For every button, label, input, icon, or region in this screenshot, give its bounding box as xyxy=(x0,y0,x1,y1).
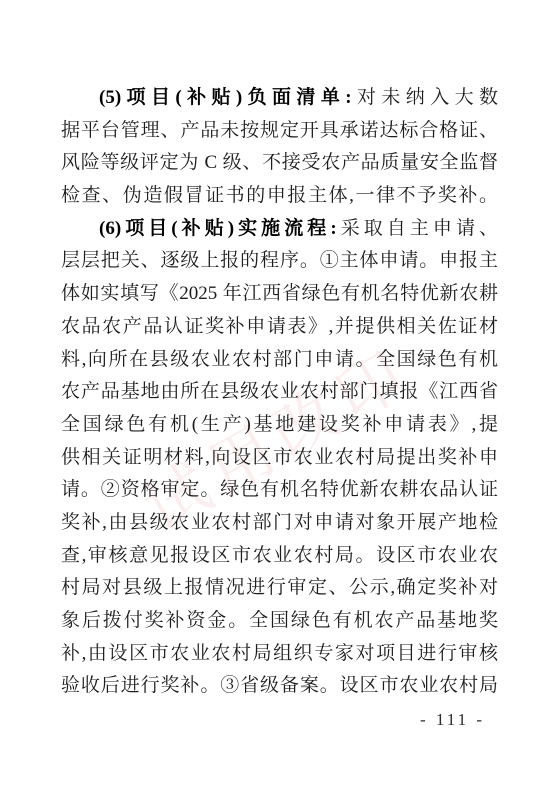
text-line: 农产品基地由所在县级农业农村部门填报《江西省 xyxy=(61,376,498,409)
text-line: 农品农产品认证奖补申请表》,并提供相关佐证材 xyxy=(61,311,498,344)
line-heading: (6)项目(补贴)实施流程: xyxy=(99,218,337,239)
text-line: 风险等级评定为 C 级、不接受农产品质量安全监督 xyxy=(61,147,498,180)
page-number: - 111 - xyxy=(420,710,485,730)
text-line: 奖补,由县级农业农村部门对申请对象开展产地检 xyxy=(61,507,498,540)
text-line: 检查、伪造假冒证书的申报主体,一律不予奖补。 xyxy=(61,180,498,213)
text-line: 象后拨付奖补资金。全国绿色有机农产品基地奖 xyxy=(61,605,498,638)
text-line: 据平台管理、产品未按规定开具承诺达标合格证、 xyxy=(61,115,498,148)
text-line: (6)项目(补贴)实施流程:采取自主申请、 xyxy=(61,213,498,246)
document-body: (5)项目(补贴)负面清单:对未纳入大数据平台管理、产品未按规定开具承诺达标合格… xyxy=(61,82,498,703)
document-page: 试用改印 (5)项目(补贴)负面清单:对未纳入大数据平台管理、产品未按规定开具承… xyxy=(0,0,559,793)
text-line: 层层把关、逐级上报的程序。①主体申请。申报主 xyxy=(61,245,498,278)
text-line: (5)项目(补贴)负面清单:对未纳入大数 xyxy=(61,82,498,115)
text-line: 补,由设区市农业农村局组织专家对项目进行审核 xyxy=(61,638,498,671)
text-line: 验收后进行奖补。③省级备案。设区市农业农村局 xyxy=(61,670,498,703)
text-line: 料,向所在县级农业农村部门申请。全国绿色有机 xyxy=(61,344,498,377)
text-line: 供相关证明材料,向设区市农业农村局提出奖补申 xyxy=(61,442,498,475)
text-line: 查,审核意见报设区市农业农村局。设区市农业农 xyxy=(61,540,498,573)
text-line: 体如实填写《2025 年江西省绿色有机名特优新农耕 xyxy=(61,278,498,311)
text-line: 请。②资格审定。绿色有机名特优新农耕农品认证 xyxy=(61,474,498,507)
line-heading: (5)项目(补贴)负面清单: xyxy=(99,87,352,108)
text-line: 全国绿色有机(生产)基地建设奖补申请表》,提 xyxy=(61,409,498,442)
text-line: 村局对县级上报情况进行审定、公示,确定奖补对 xyxy=(61,572,498,605)
